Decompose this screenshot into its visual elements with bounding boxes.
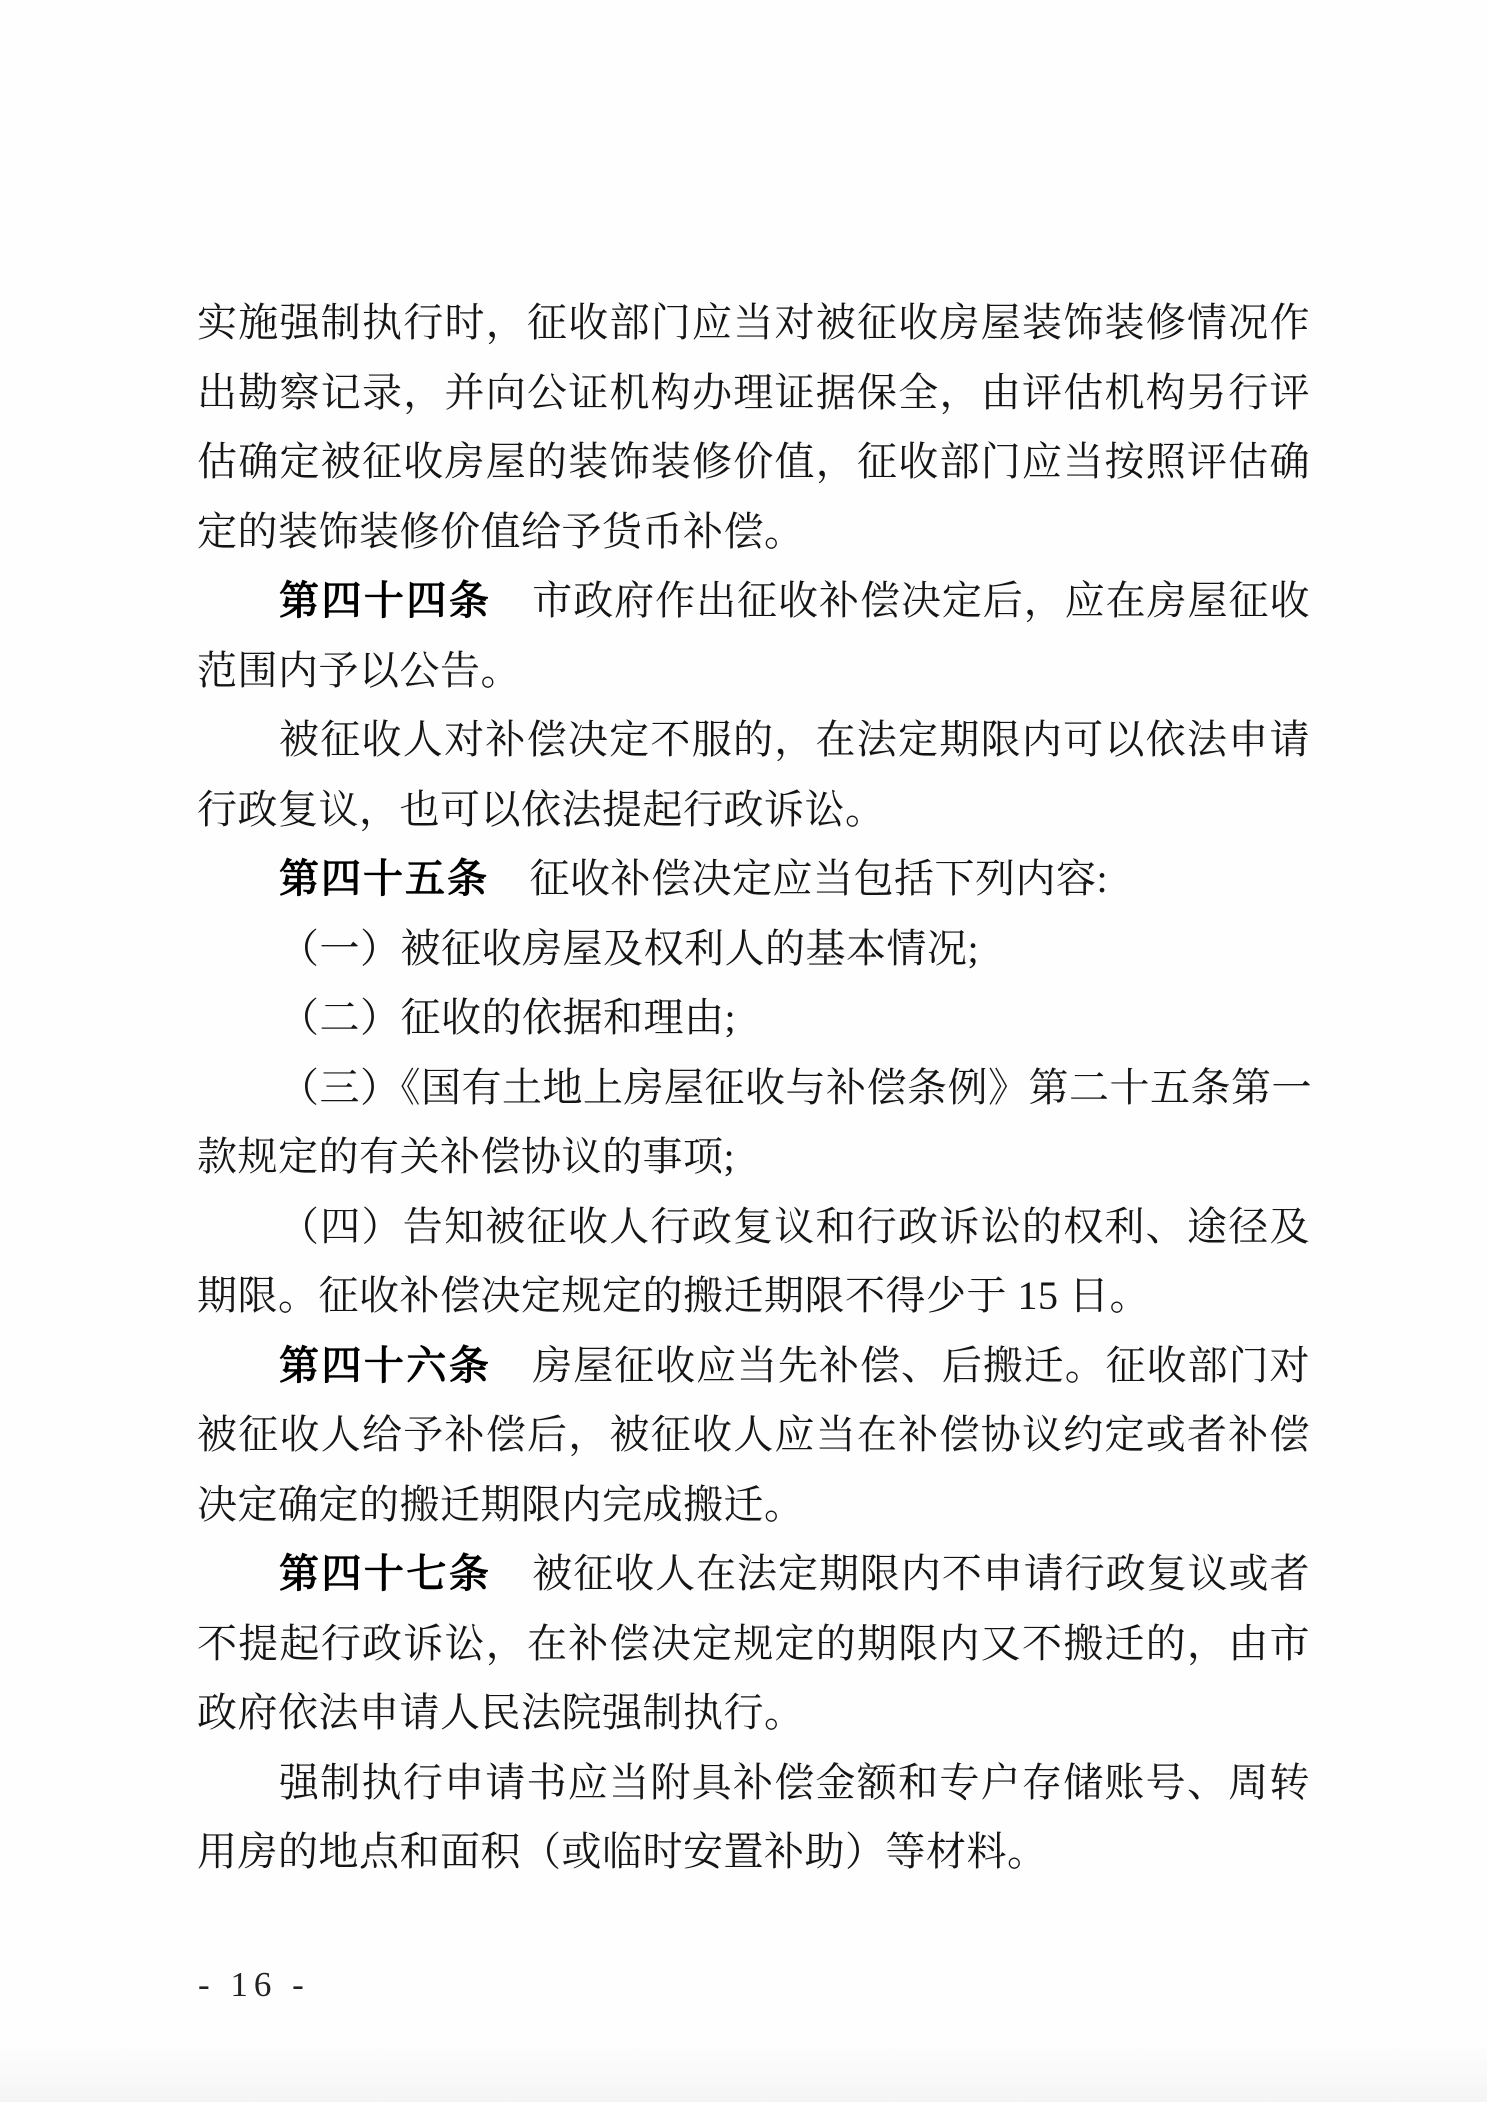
document-body: 实施强制执行时，征收部门应当对被征收房屋装饰装修情况作出勘察记录，并向公证机构办… [197, 288, 1310, 1887]
text-line: 估确定被征收房屋的装饰装修价值，征收部门应当按照评估确 [197, 427, 1310, 497]
text-line: 款规定的有关补偿协议的事项; [197, 1122, 1310, 1192]
document-page: 实施强制执行时，征收部门应当对被征收房屋装饰装修情况作出勘察记录，并向公证机构办… [0, 0, 1487, 2102]
text-segment: 出勘察记录，并向公证机构办理证据保全，由评估机构另行评 [197, 370, 1310, 415]
text-segment: 定的装饰装修价值给予货币补偿。 [197, 509, 805, 554]
text-segment: 估确定被征收房屋的装饰装修价值，征收部门应当按照评估确 [197, 439, 1310, 484]
text-segment: 期限。征收补偿决定规定的搬迁期限不得少于 15 日。 [197, 1273, 1150, 1318]
text-line: （四）告知被征收人行政复议和行政诉讼的权利、途径及 [197, 1192, 1310, 1262]
text-line: 强制执行申请书应当附具补偿金额和专户存储账号、周转 [197, 1748, 1310, 1818]
text-segment: （一）被征收房屋及权利人的基本情况; [279, 926, 979, 971]
text-segment: 被征收人给予补偿后，被征收人应当在补偿协议约定或者补偿 [197, 1412, 1310, 1457]
text-segment: （二）征收的依据和理由; [279, 995, 736, 1040]
text-segment: 被征收人在法定期限内不申请行政复议或者 [491, 1551, 1310, 1596]
text-line: 定的装饰装修价值给予货币补偿。 [197, 497, 1310, 567]
text-segment: 不提起行政诉讼，在补偿决定规定的期限内又不搬迁的，由市 [197, 1621, 1310, 1666]
article-number: 第四十五条 [279, 856, 489, 901]
text-segment: 范围内予以公告。 [197, 648, 521, 693]
text-segment: （三）《国有土地上房屋征收与补偿条例》第二十五条第一 [279, 1065, 1312, 1110]
text-segment: 决定确定的搬迁期限内完成搬迁。 [197, 1482, 805, 1527]
text-line: 期限。征收补偿决定规定的搬迁期限不得少于 15 日。 [197, 1261, 1310, 1331]
text-segment: 政府依法申请人民法院强制执行。 [197, 1690, 805, 1735]
article-number: 第四十七条 [279, 1551, 491, 1596]
text-line: 用房的地点和面积（或临时安置补助）等材料。 [197, 1817, 1310, 1887]
text-segment: 征收补偿决定应当包括下列内容: [489, 856, 1108, 901]
text-line: 第四十六条 房屋征收应当先补偿、后搬迁。征收部门对 [197, 1331, 1310, 1401]
page-number: - 16 - [198, 1965, 310, 2005]
text-segment: 房屋征收应当先补偿、后搬迁。征收部门对 [491, 1343, 1310, 1388]
text-segment: 行政复议，也可以依法提起行政诉讼。 [197, 787, 886, 832]
text-segment: 市政府作出征收补偿决定后，应在房屋征收 [491, 578, 1310, 623]
text-line: （三）《国有土地上房屋征收与补偿条例》第二十五条第一 [197, 1053, 1310, 1123]
text-line: 不提起行政诉讼，在补偿决定规定的期限内又不搬迁的，由市 [197, 1609, 1310, 1679]
text-line: 第四十四条 市政府作出征收补偿决定后，应在房屋征收 [197, 566, 1310, 636]
text-line: 出勘察记录，并向公证机构办理证据保全，由评估机构另行评 [197, 358, 1310, 428]
text-segment: 款规定的有关补偿协议的事项; [197, 1134, 735, 1179]
article-number: 第四十四条 [279, 578, 491, 623]
text-segment: 被征收人对补偿决定不服的，在法定期限内可以依法申请 [279, 717, 1310, 762]
text-line: 范围内予以公告。 [197, 636, 1310, 706]
text-line: 决定确定的搬迁期限内完成搬迁。 [197, 1470, 1310, 1540]
text-segment: 实施强制执行时，征收部门应当对被征收房屋装饰装修情况作 [197, 300, 1310, 345]
text-line: 行政复议，也可以依法提起行政诉讼。 [197, 775, 1310, 845]
text-line: （二）征收的依据和理由; [197, 983, 1310, 1053]
text-line: 实施强制执行时，征收部门应当对被征收房屋装饰装修情况作 [197, 288, 1310, 358]
article-number: 第四十六条 [279, 1343, 491, 1388]
text-line: 第四十七条 被征收人在法定期限内不申请行政复议或者 [197, 1539, 1310, 1609]
text-line: 被征收人给予补偿后，被征收人应当在补偿协议约定或者补偿 [197, 1400, 1310, 1470]
text-line: （一）被征收房屋及权利人的基本情况; [197, 914, 1310, 984]
text-line: 第四十五条 征收补偿决定应当包括下列内容: [197, 844, 1310, 914]
text-line: 政府依法申请人民法院强制执行。 [197, 1678, 1310, 1748]
text-line: 被征收人对补偿决定不服的，在法定期限内可以依法申请 [197, 705, 1310, 775]
text-segment: 强制执行申请书应当附具补偿金额和专户存储账号、周转 [279, 1760, 1310, 1805]
text-segment: 用房的地点和面积（或临时安置补助）等材料。 [197, 1829, 1048, 1874]
text-segment: （四）告知被征收人行政复议和行政诉讼的权利、途径及 [279, 1204, 1310, 1249]
